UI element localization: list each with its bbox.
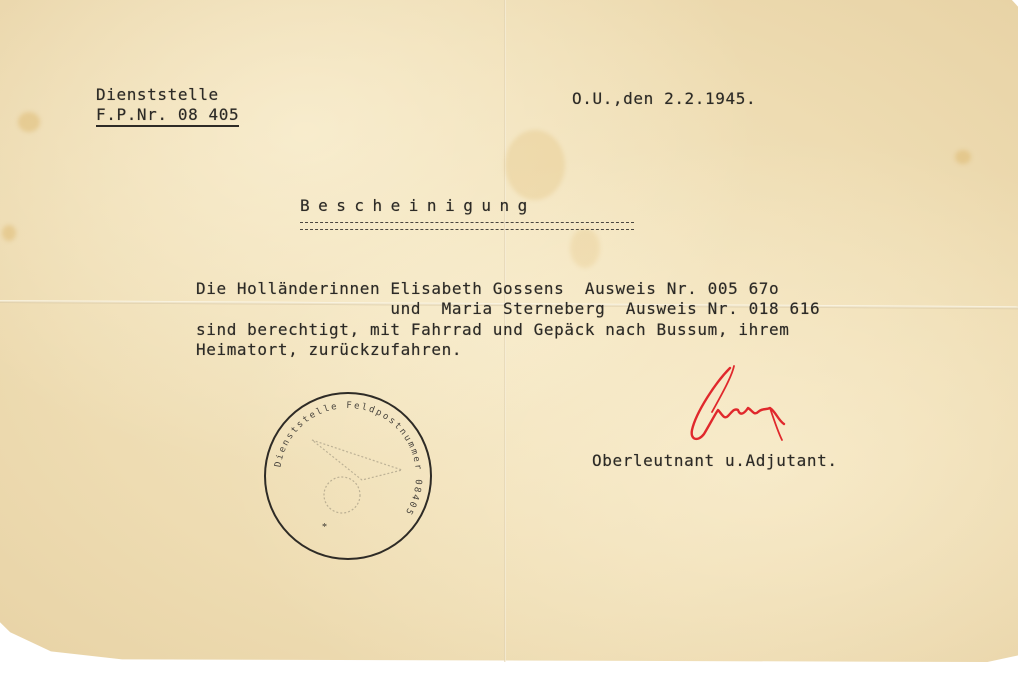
eagle-emblem-icon: [312, 440, 402, 513]
field-post-number: F.P.Nr. 08 405: [96, 106, 239, 127]
body-line-4: Heimatort, zurückzufahren.: [196, 341, 462, 359]
red-signature: [686, 364, 796, 448]
stain: [2, 225, 16, 241]
document-title: Bescheinigung: [300, 197, 536, 215]
office-label: Dienststelle: [96, 86, 219, 104]
stain: [955, 150, 971, 164]
rank-title: Oberleutnant u.Adjutant.: [592, 452, 838, 470]
stamp-ring-text: Dienststelle Feldpostnummer 08405: [274, 401, 423, 518]
official-stamp: Dienststelle Feldpostnummer 08405 *: [262, 390, 434, 562]
stamp-star-icon: *: [322, 522, 327, 533]
stain: [505, 130, 565, 200]
body-line-1: Die Holländerinnen Elisabeth Gossens Aus…: [196, 280, 779, 298]
body-line-2: und Maria Sterneberg Ausweis Nr. 018 616: [196, 300, 820, 318]
place-date: O.U.,den 2.2.1945.: [572, 90, 756, 108]
title-double-underline: [300, 222, 634, 230]
stain: [18, 112, 40, 132]
body-line-3: sind berechtigt, mit Fahrrad und Gepäck …: [196, 321, 790, 339]
stain: [570, 228, 600, 268]
